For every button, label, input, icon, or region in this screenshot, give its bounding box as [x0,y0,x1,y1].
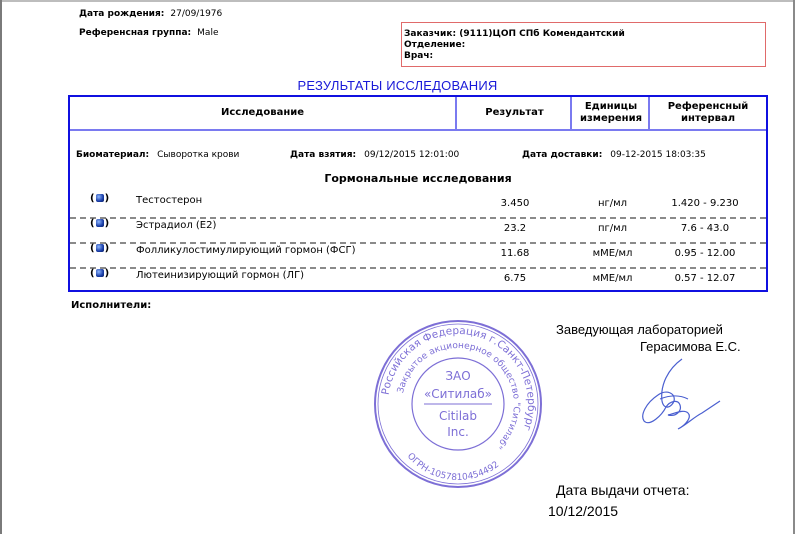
test-name: Лютеинизирующий гормон (ЛГ) [136,270,304,281]
sample-taken-value: 09/12/2015 12:01:00 [364,150,459,160]
test-result: 23.2 [465,223,565,234]
signatory-title: Заведующая лабораторией [556,322,723,337]
test-unit: мМЕ/мл [565,248,660,259]
test-name: Фолликулостимулирующий гормон (ФСГ) [136,245,356,256]
column-header-reference: Референсныйинтервал [648,97,766,129]
company-stamp: Российская Федерация г.Санкт-Петербург З… [372,318,544,490]
test-unit: нг/мл [565,198,660,209]
birth-date-label: Дата рождения: [79,9,164,19]
test-result: 6.75 [465,273,565,284]
ref-header-line1: Референсный [668,101,749,112]
column-header-units: Единицыизмерения [570,97,650,129]
doctor-line: Врач: [404,51,765,62]
reference-group-value: Male [197,28,218,38]
stamp-center-4: Inc. [447,425,469,439]
issue-date-value: 10/12/2015 [548,503,618,519]
customer-box: Заказчик: (9111)ЦОП СПб Комендантский От… [401,22,766,67]
stamp-center-2: «Ситилаб» [424,387,492,401]
column-header-result: Результат [455,97,572,129]
biomaterial-value: Сыворотка крови [157,150,239,160]
delivery-label: Дата доставки: [522,150,602,160]
test-result: 3.450 [465,198,565,209]
table-row: () Фолликулостимулирующий гормон (ФСГ) 1… [70,243,766,269]
test-name: Эстрадиол (Е2) [136,220,216,231]
test-reference: 7.6 - 43.0 [655,223,755,234]
test-result: 11.68 [465,248,565,259]
reference-group-line: Референсная группа:Male [79,28,219,38]
section-title: Гормональные исследования [70,172,766,185]
signatory-name: Герасимова Е.С. [640,339,741,354]
sample-taken-info: Дата взятия:09/12/2015 12:01:00 [290,150,459,160]
results-title: РЕЗУЛЬТАТЫ ИССЛЕДОВАНИЯ [0,78,795,93]
units-header-line2: измерения [580,113,642,124]
reference-group-label: Референсная группа: [79,28,191,38]
table-row: () Лютеинизирующий гормон (ЛГ) 6.75 мМЕ/… [70,268,766,292]
units-header-line1: Единицы [585,101,637,112]
customer-line: Заказчик: (9111)ЦОП СПб Комендантский [404,29,765,40]
birth-date-line: Дата рождения:27/09/1976 [79,9,222,19]
test-unit: мМЕ/мл [565,273,660,284]
birth-date-value: 27/09/1976 [170,9,222,19]
status-ball-icon: () [90,268,109,279]
test-reference: 1.420 - 9.230 [655,198,755,209]
delivery-value: 09-12-2015 18:03:35 [610,150,706,160]
issue-date-label: Дата выдачи отчета: [556,482,689,498]
ref-header-line2: интервал [681,113,735,124]
status-ball-icon: () [90,193,109,204]
sample-taken-label: Дата взятия: [290,150,356,160]
status-ball-icon: () [90,218,109,229]
test-reference: 0.95 - 12.00 [655,248,755,259]
table-row: () Эстрадиол (Е2) 23.2 пг/мл 7.6 - 43.0 [70,218,766,244]
biomaterial-info: Биоматериал:Сыворотка крови [76,150,239,160]
column-header-test: Исследование [70,97,455,129]
status-ball-icon: () [90,243,109,254]
table-row: () Тестостерон 3.450 нг/мл 1.420 - 9.230 [70,193,766,219]
stamp-center-3: Citilab [439,409,477,423]
biomaterial-label: Биоматериал: [76,150,149,160]
results-table: Исследование Результат Единицыизмерения … [68,95,768,292]
order-number-clipped: № заказа 100585710 [640,0,749,3]
test-name: Тестостерон [136,195,202,206]
table-header: Исследование Результат Единицыизмерения … [70,97,766,131]
signature-icon [620,355,730,445]
performers-label: Исполнители: [71,300,151,311]
test-unit: пг/мл [565,223,660,234]
stamp-center-1: ЗАО [445,369,470,383]
test-reference: 0.57 - 12.07 [655,273,755,284]
delivery-info: Дата доставки:09-12-2015 18:03:35 [522,150,706,160]
department-line: Отделение: [404,40,765,51]
